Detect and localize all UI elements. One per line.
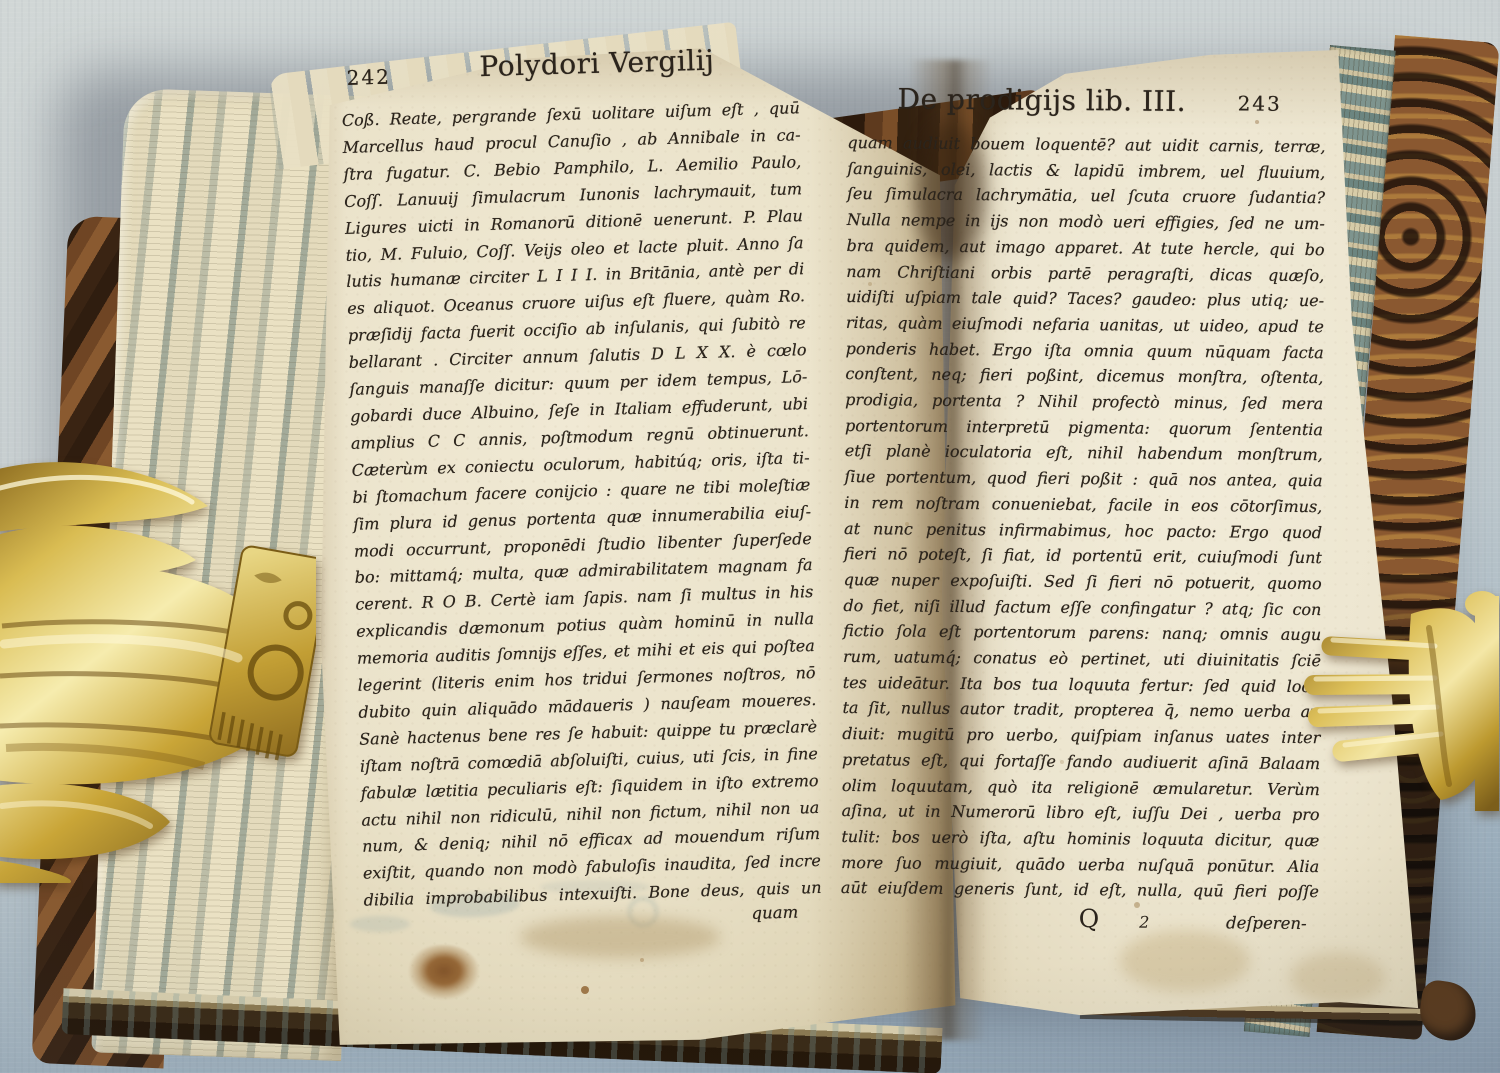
right-text-block: quam audiuit bouem loquentē? aut uidit c… <box>841 130 1326 905</box>
right-page-content: De prodigijs lib. III. 243 quam audiuit … <box>841 82 1326 935</box>
text-line: rum, uatumq́; conatus eò pertinet, uti d… <box>843 644 1321 674</box>
signature-number: 2 <box>1139 913 1149 932</box>
gilt-hand-right <box>1288 588 1500 823</box>
text-line: quæ nuper expoſuiſti. Sed ſi fieri nō po… <box>844 567 1322 597</box>
paper-stain <box>1290 952 1385 1004</box>
text-line: aūt eiuſdem generis ſunt, id eſt, nulla,… <box>841 875 1319 905</box>
right-catchword: deſperen- <box>1226 913 1319 933</box>
text-line: pretatus eſt, qui fortaſſe fando audiuer… <box>842 747 1320 777</box>
text-line: ſiue portentum, quod fieri poßit : quā n… <box>844 464 1322 494</box>
text-line: ritas, quàm eiuſmodi nefaria uanitas, ut… <box>846 310 1324 340</box>
gilt-hand-left <box>0 418 316 883</box>
left-catchword: quam <box>751 903 798 923</box>
text-line: uidiſti uſpiam tale quid? Taces? gaudeo:… <box>846 284 1324 314</box>
right-page-header: De prodigijs lib. III. 243 <box>848 82 1326 132</box>
text-line: prodigia, portenta ? Nihil profectò minu… <box>845 387 1323 417</box>
text-line: tulit: bos uerò iſta, aſtu hominis loquu… <box>841 824 1319 854</box>
photo-open-antique-book: 242 Polydori Vergilij Coß. Reate, pergra… <box>0 0 1500 1073</box>
right-signature-row: Q 2 deſperen- <box>841 902 1319 935</box>
left-page-header: 242 Polydori Vergilij <box>340 39 799 106</box>
text-line: bra quidem, aut imago apparet. At tute h… <box>846 233 1324 263</box>
signature-letter: Q <box>1079 904 1100 933</box>
foxing-specks <box>0 0 4 4</box>
right-page-number: 243 <box>1238 91 1282 115</box>
paper-smudge <box>520 916 720 958</box>
text-line: Nulla nempe in ijs non modò ueri effigie… <box>847 207 1325 237</box>
text-line: quam audiuit bouem loquentē? aut uidit c… <box>847 130 1325 160</box>
text-line: diuit: mugitū pro uerbo, quiſpiam inſanu… <box>842 721 1320 751</box>
text-line: in rem noſtram conueniebat, facile in eo… <box>844 490 1322 520</box>
paper-stain <box>1120 930 1250 992</box>
left-page-content: 242 Polydori Vergilij Coß. Reate, pergra… <box>340 39 822 934</box>
left-text-block: Coß. Reate, pergrande ſexū uolitare uiſu… <box>342 95 822 915</box>
